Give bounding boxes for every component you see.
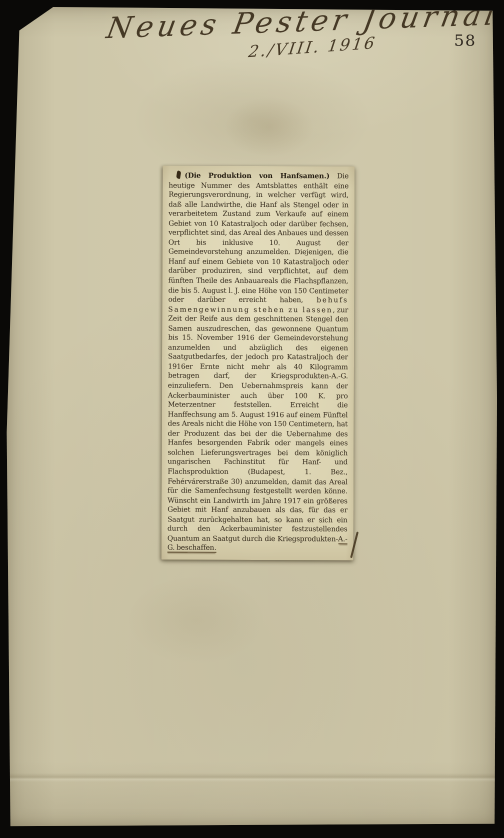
paper-stain: [126, 575, 266, 665]
paper-stain: [224, 97, 314, 157]
pen-mark: [350, 531, 359, 558]
clipping-body-2: , zur Zeit der Reife aus dem geschnitten…: [167, 306, 348, 543]
archive-number: 58: [454, 31, 476, 50]
fold-crease: [6, 773, 498, 782]
clipping-body-1: Die heutige Nummer des Amtsblattes enthä…: [168, 172, 348, 304]
clipping-text: (Die Produktion von Hanfsamen.) Die heut…: [167, 171, 348, 555]
newspaper-clipping: (Die Produktion von Hanfsamen.) Die heut…: [161, 166, 354, 561]
scanned-document: Neues Pester Journal 2./VIII. 1916 58 (D…: [0, 0, 504, 838]
clipping-headline: (Die Produktion von Hanfsamen.): [185, 171, 330, 181]
ink-mark-icon: [176, 170, 181, 179]
paper-sheet: Neues Pester Journal 2./VIII. 1916 58 (D…: [6, 5, 498, 827]
